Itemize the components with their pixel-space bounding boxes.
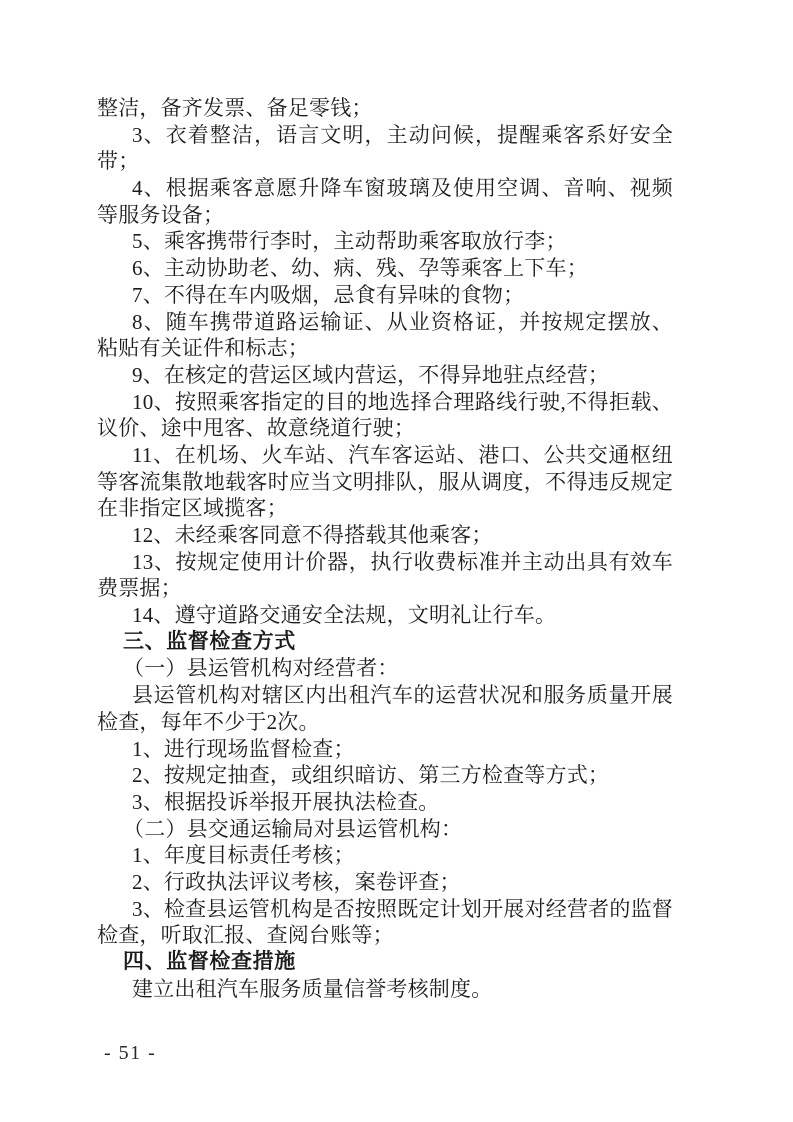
text-line: 建立出租汽车服务质量信誉考核制度。 xyxy=(97,976,673,1003)
text-line: 县运管机构对辖区内出租汽车的运营状况和服务质量开展 xyxy=(97,682,673,709)
text-line: 8、随车携带道路运输证、从业资格证，并按规定摆放、 xyxy=(97,309,673,336)
text-line: 检查，听取汇报、查阅台账等； xyxy=(97,922,673,949)
text-line: 议价、途中甩客、故意绕道行驶； xyxy=(97,415,673,442)
text-line: （一）县运管机构对经营者： xyxy=(97,655,673,682)
text-line: （二）县交通运输局对县运管机构： xyxy=(97,816,673,843)
text-line: 4、根据乘客意愿升降车窗玻璃及使用空调、音响、视频 xyxy=(97,175,673,202)
document-text-block: 整洁，备齐发票、备足零钱；3、衣着整洁，语言文明，主动问候，提醒乘客系好安全带；… xyxy=(97,95,673,1002)
text-line: 5、乘客携带行李时，主动帮助乘客取放行李； xyxy=(97,228,673,255)
document-page: 整洁，备齐发票、备足零钱；3、衣着整洁，语言文明，主动问候，提醒乘客系好安全带；… xyxy=(0,0,793,1122)
text-line: 6、主动协助老、幼、病、残、孕等乘客上下车； xyxy=(97,255,673,282)
text-line: 1、进行现场监督检查； xyxy=(97,736,673,763)
text-line: 3、检查县运管机构是否按照既定计划开展对经营者的监督 xyxy=(97,896,673,923)
text-line: 整洁，备齐发票、备足零钱； xyxy=(97,95,673,122)
text-line: 2、行政执法评议考核，案卷评查； xyxy=(97,869,673,896)
text-line: 费票据； xyxy=(97,575,673,602)
text-line: 9、在核定的营运区域内营运，不得异地驻点经营； xyxy=(97,362,673,389)
text-line: 12、未经乘客同意不得搭载其他乘客； xyxy=(97,522,673,549)
text-line: 3、衣着整洁，语言文明，主动问候，提醒乘客系好安全 xyxy=(97,122,673,149)
text-line: 11、在机场、火车站、汽车客运站、港口、公共交通枢纽 xyxy=(97,442,673,469)
text-line: 带； xyxy=(97,148,673,175)
text-line: 3、根据投诉举报开展执法检查。 xyxy=(97,789,673,816)
text-line: 粘贴有关证件和标志； xyxy=(97,335,673,362)
text-line: 13、按规定使用计价器，执行收费标准并主动出具有效车 xyxy=(97,549,673,576)
text-line: 等服务设备； xyxy=(97,202,673,229)
page-number: - 51 - xyxy=(104,1042,156,1064)
text-line: 等客流集散地载客时应当文明排队，服从调度，不得违反规定 xyxy=(97,469,673,496)
text-line: 2、按规定抽查，或组织暗访、第三方检查等方式； xyxy=(97,762,673,789)
text-line: 10、按照乘客指定的目的地选择合理路线行驶,不得拒载、 xyxy=(97,389,673,416)
text-line: 1、年度目标责任考核； xyxy=(97,842,673,869)
text-line: 检查，每年不少于2次。 xyxy=(97,709,673,736)
section-heading: 三、监督检查方式 xyxy=(97,629,673,656)
text-line: 14、遵守道路交通安全法规，文明礼让行车。 xyxy=(97,602,673,629)
text-line: 在非指定区域揽客； xyxy=(97,495,673,522)
text-line: 7、不得在车内吸烟，忌食有异味的食物； xyxy=(97,282,673,309)
section-heading: 四、监督检查措施 xyxy=(97,949,673,976)
